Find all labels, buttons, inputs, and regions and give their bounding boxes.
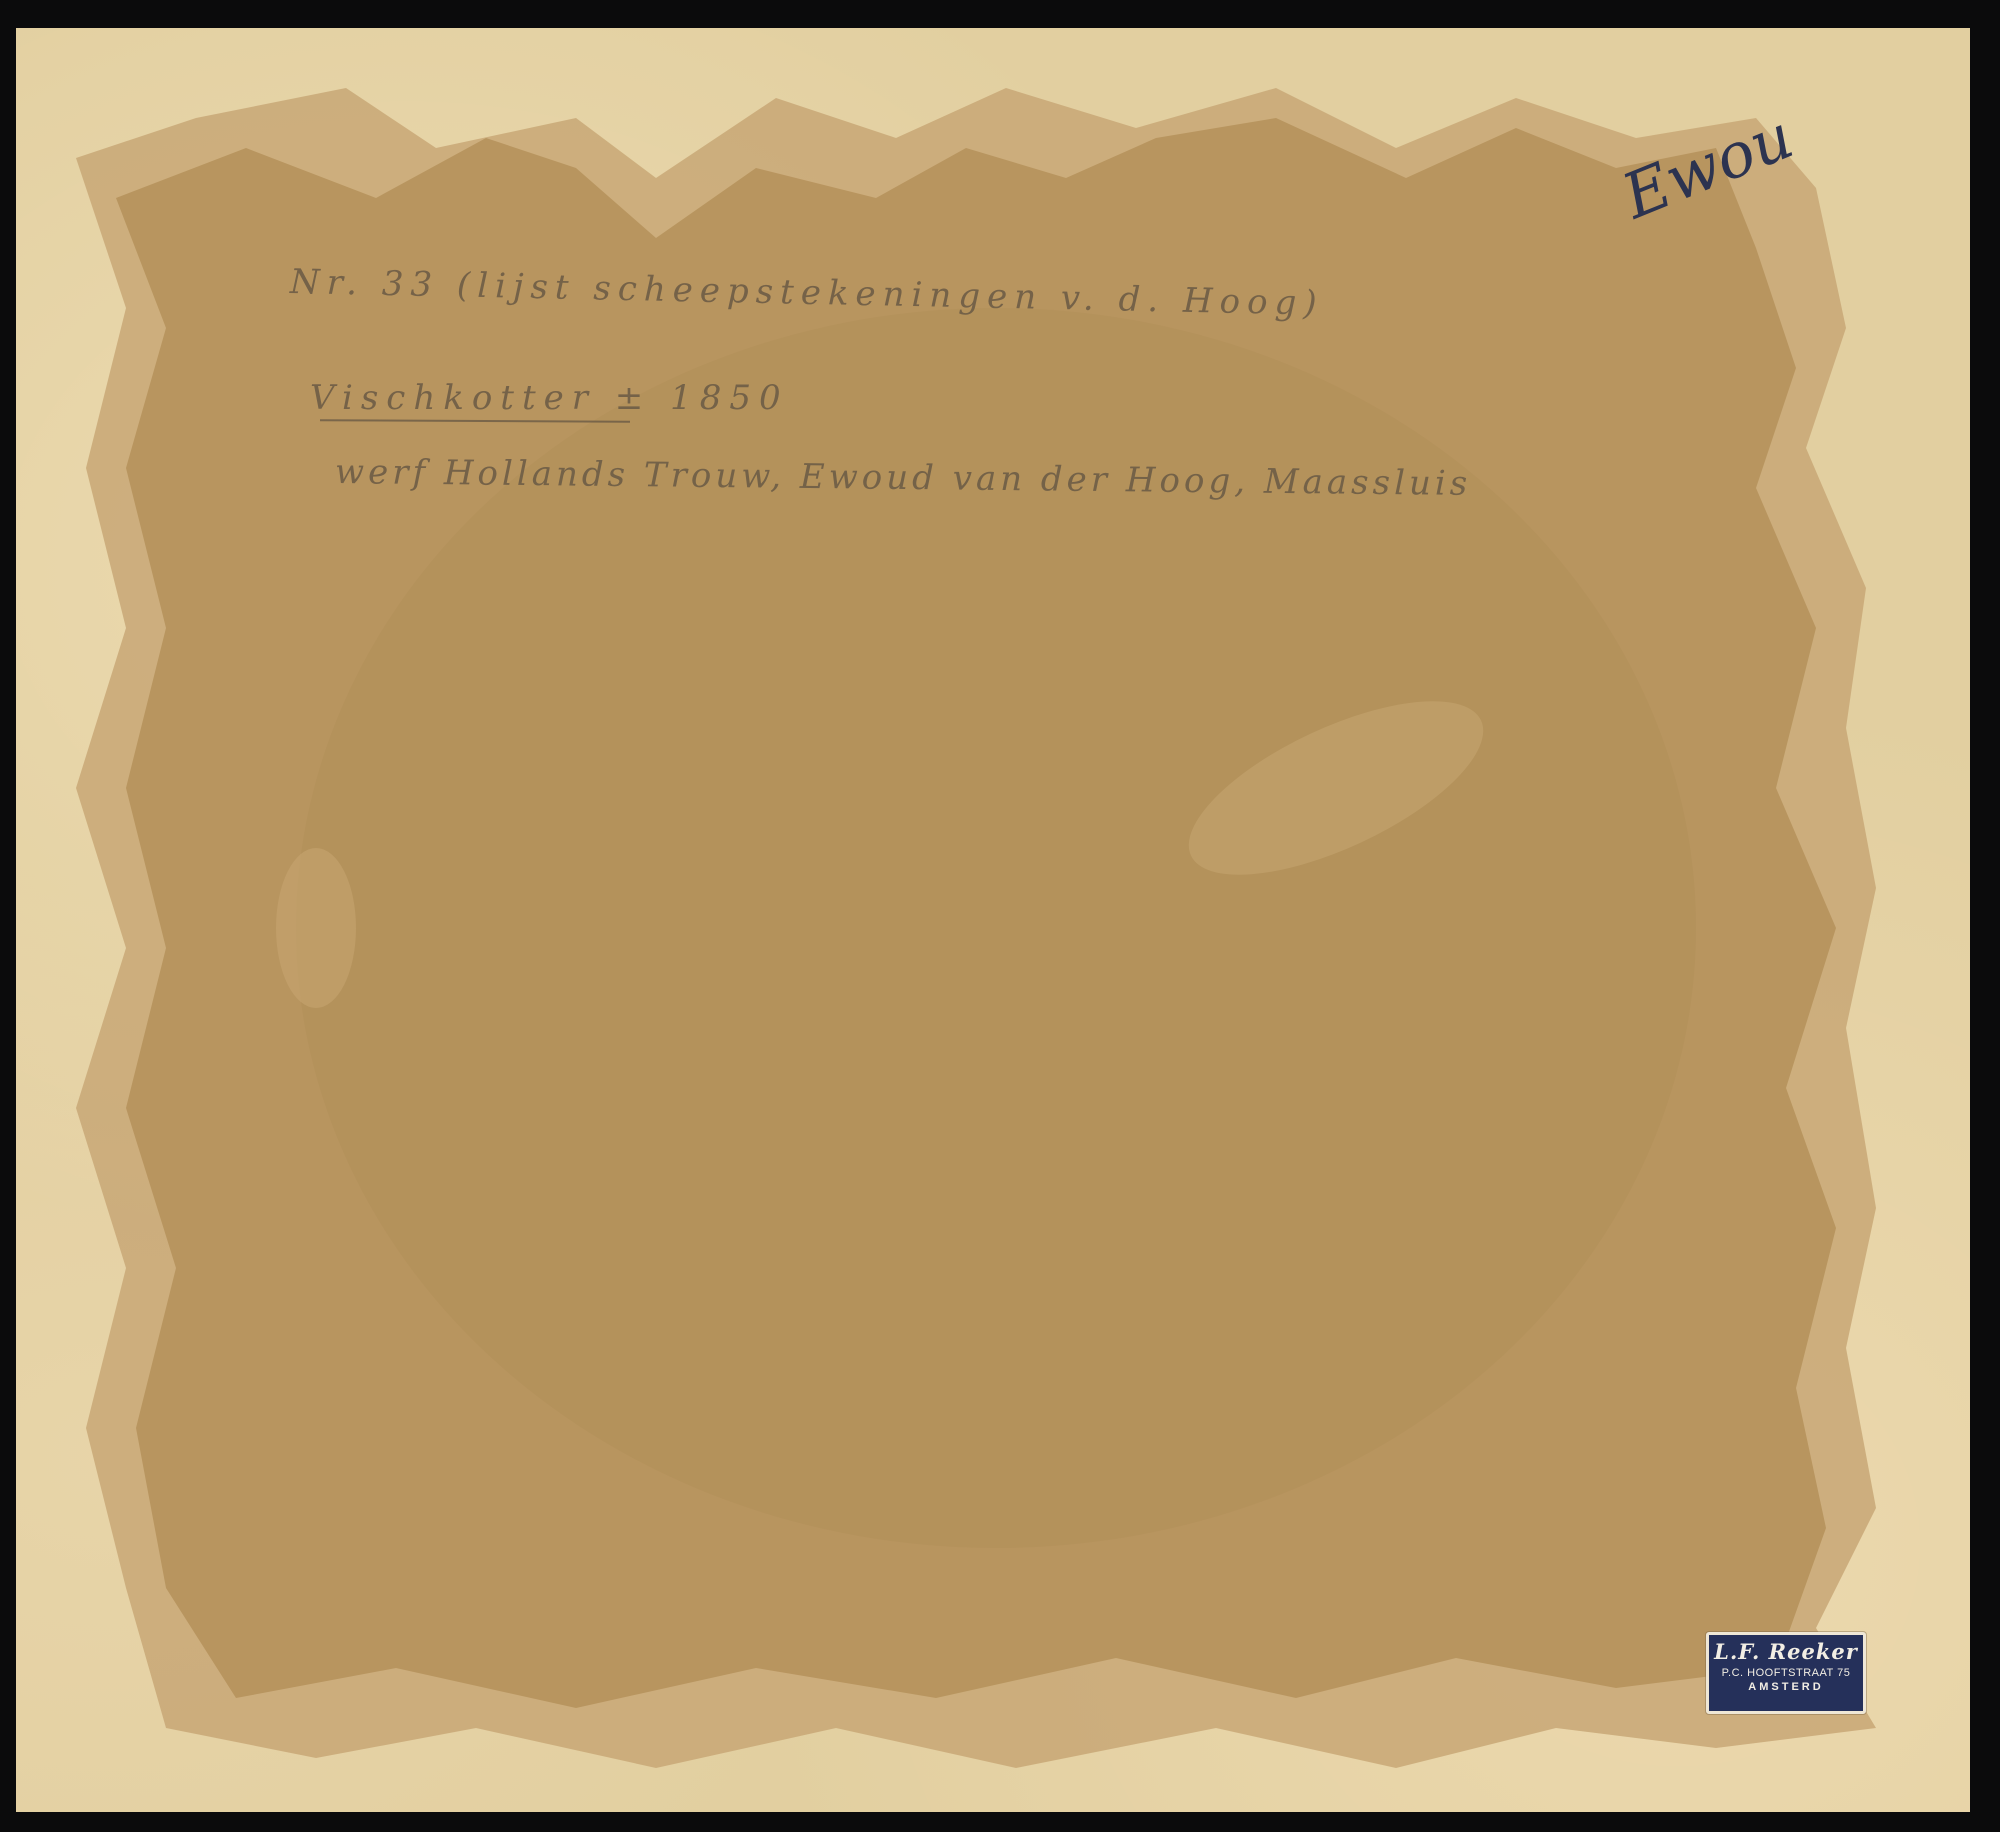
framer-label: L.F. Reeker P.C. HOOFTSTRAAT 75 AMSTERD (1706, 1632, 1866, 1714)
label-street: P.C. HOOFTSTRAAT 75 (1709, 1667, 1863, 1679)
label-city: AMSTERD (1709, 1681, 1863, 1693)
label-name: L.F. Reeker (1709, 1639, 1863, 1664)
inscription-line-2: Vischkotter ± 1850 (310, 378, 789, 418)
